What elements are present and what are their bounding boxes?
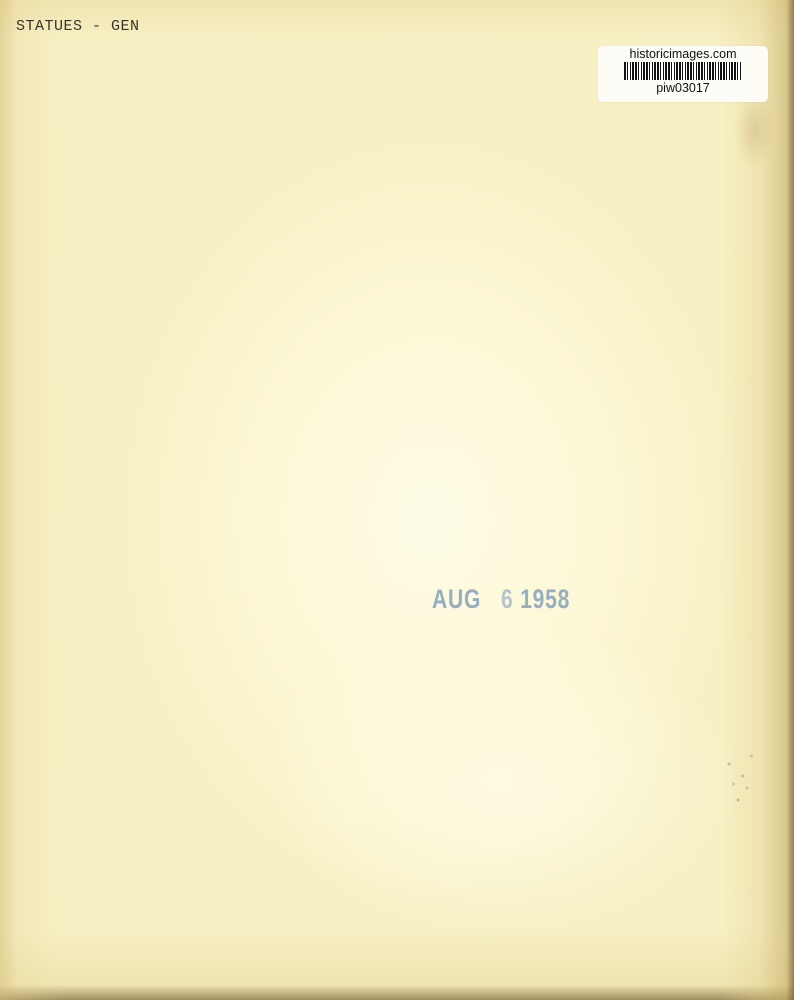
stamp-day: 6	[501, 584, 514, 614]
paper-speckle	[720, 740, 765, 820]
barcode-icon	[624, 62, 742, 80]
photo-back-paper	[0, 0, 794, 1000]
category-label: STATUES - GEN	[16, 18, 140, 35]
paper-stain	[735, 90, 775, 170]
sticker-item-code: piw03017	[598, 81, 768, 95]
stamp-month: AUG	[432, 584, 481, 614]
date-stamp: AUG 6 1958	[432, 584, 570, 615]
sticker-site-name: historicimages.com	[598, 47, 768, 61]
stamp-year: 1958	[520, 584, 570, 614]
archive-sticker: historicimages.com piw03017	[598, 46, 768, 102]
